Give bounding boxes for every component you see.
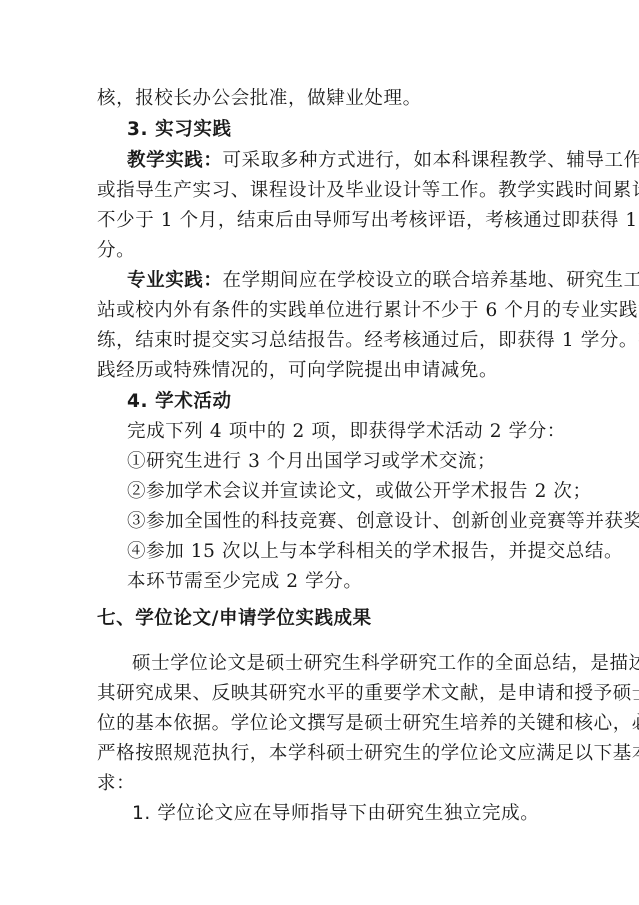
paragraph-line: 硕士学位论文是硕士研究生科学研究工作的全面总结，是描述	[132, 653, 639, 675]
paragraph-text: 可采取多种方式进行，如本科课程教学、辅导工作	[223, 150, 639, 171]
paragraph-line: 践经历或特殊情况的，可向学院提出申请减免。	[97, 360, 498, 382]
paragraph-line: 本环节需至少完成 2 学分。	[127, 571, 362, 593]
paragraph-line: 或指导生产实习、课程设计及毕业设计等工作。教学实践时间累计	[97, 180, 639, 202]
list-item: ②参加学术会议并宣读论文，或做公开学术报告 2 次；	[127, 481, 592, 503]
paragraph-line: 其研究成果、反映其研究水平的重要学术文献，是申请和授予硕士学	[97, 683, 639, 705]
section-heading-internship: 3. 实习实践	[127, 119, 232, 141]
paragraph-text: 在学期间应在学校设立的联合培养基地、研究生工作	[223, 270, 639, 291]
paragraph-line: 核，报校长办公会批准，做肄业处理。	[97, 88, 422, 110]
list-item: ④参加 15 次以上与本学科相关的学术报告，并提交总结。	[127, 541, 623, 563]
paragraph-line: 完成下列 4 项中的 2 项，即获得学术活动 2 学分：	[127, 421, 566, 443]
list-item: ①研究生进行 3 个月出国学习或学术交流；	[127, 451, 496, 473]
paragraph-line: 站或校内外有条件的实践单位进行累计不少于 6 个月的专业实践训	[97, 300, 639, 322]
paragraph-line: 位的基本依据。学位论文撰写是硕士研究生培养的关键和核心，必须	[97, 713, 639, 735]
paragraph-line: 练，结束时提交实习总结报告。经考核通过后，即获得 1 学分。有实	[97, 330, 639, 352]
section-heading-academic-activities: 4. 学术活动	[127, 391, 232, 413]
paragraph-line: 教学实践：可采取多种方式进行，如本科课程教学、辅导工作	[127, 150, 639, 172]
paragraph-line: 不少于 1 个月，结束后由导师写出考核评语，考核通过即获得 1 学	[97, 210, 639, 232]
paragraph-line: 分。	[97, 240, 135, 262]
list-item: ③参加全国性的科技竞赛、创意设计、创新创业竞赛等并获奖；	[127, 511, 639, 533]
term-professional-practice: 专业实践：	[127, 270, 223, 291]
paragraph-line: 专业实践：在学期间应在学校设立的联合培养基地、研究生工作	[127, 270, 639, 292]
term-teaching-practice: 教学实践：	[127, 150, 223, 171]
numbered-item: 1. 学位论文应在导师指导下由研究生独立完成。	[132, 803, 539, 825]
chapter-heading-thesis: 七、学位论文/申请学位实践成果	[97, 608, 372, 630]
paragraph-line: 严格按照规范执行，本学科硕士研究生的学位论文应满足以下基本要	[97, 743, 639, 765]
paragraph-line: 求：	[97, 773, 135, 795]
